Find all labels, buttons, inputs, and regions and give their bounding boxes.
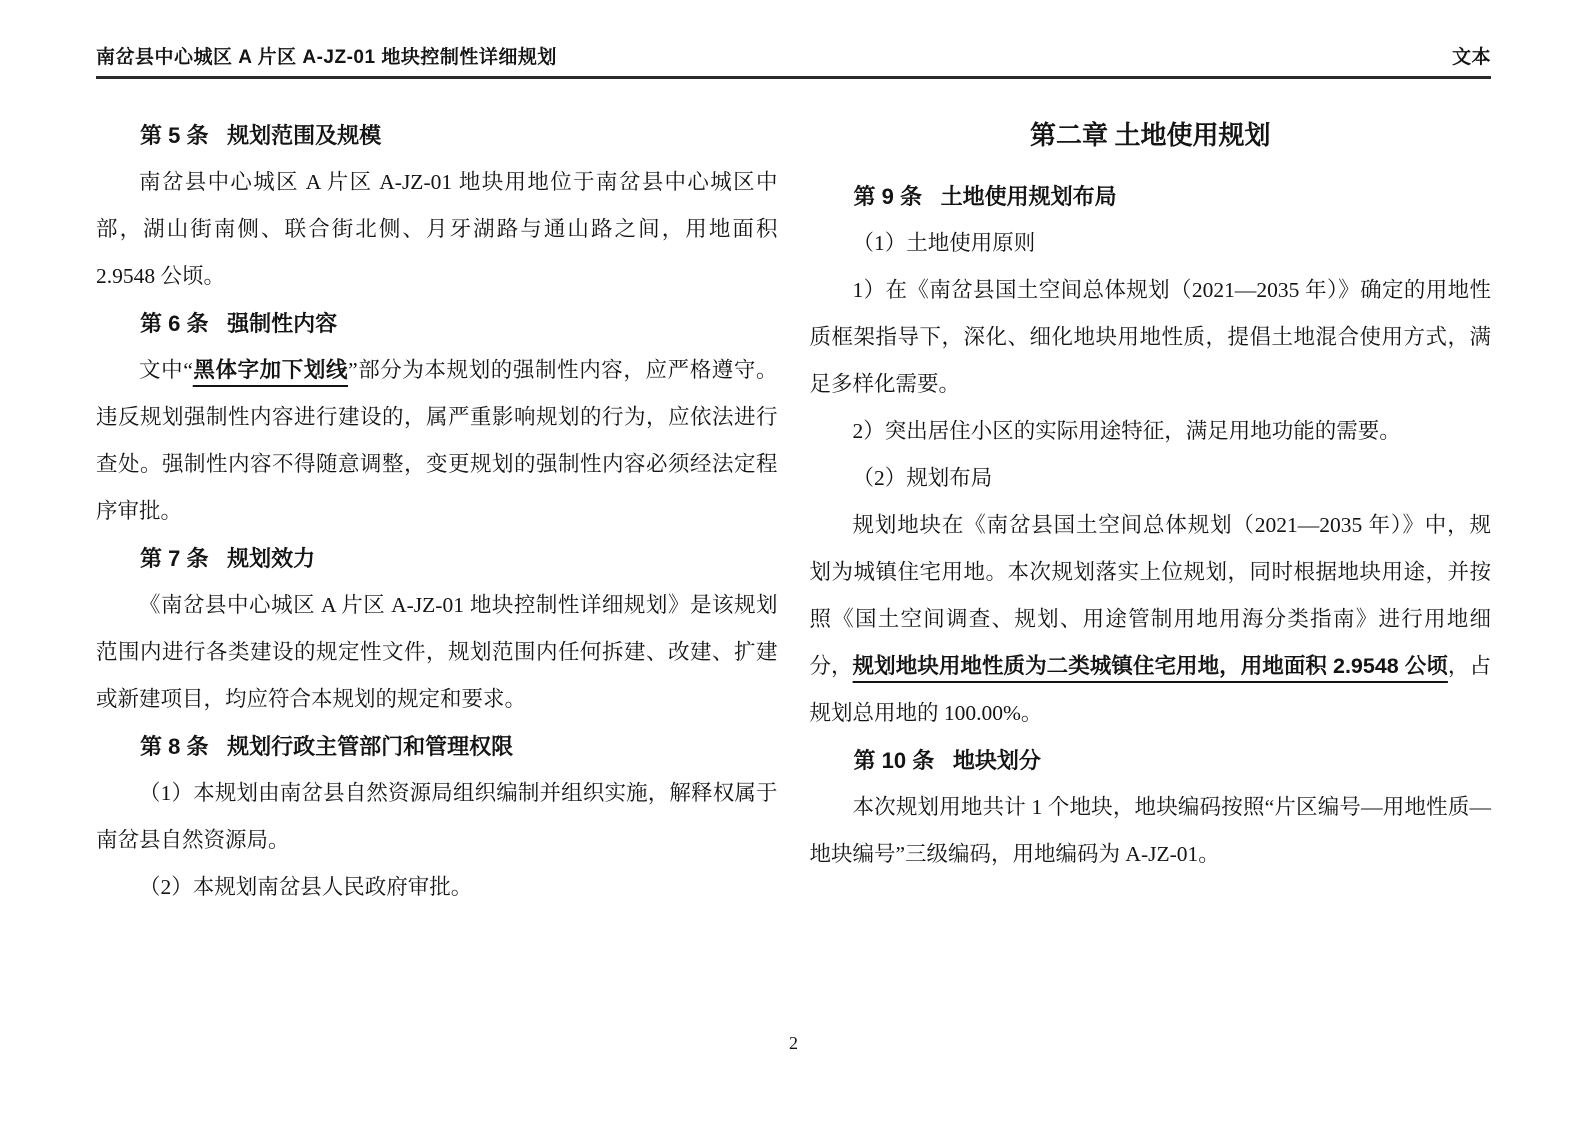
article-7-title: 规划效力 (227, 546, 315, 571)
header-title: 南岔县中心城区 A 片区 A-JZ-01 地块控制性详细规划 (96, 42, 557, 69)
article-10-paragraph: 本次规划用地共计 1 个地块，地块编码按照“片区编号—用地性质—地块编号”三级编… (810, 784, 1492, 878)
article-8-item-2: （2）本规划南岔县人民政府审批。 (96, 864, 778, 911)
content-columns: 第 5 条规划范围及规模 南岔县中心城区 A 片区 A-JZ-01 地块用地位于… (96, 112, 1491, 911)
article-5-heading: 第 5 条规划范围及规模 (96, 112, 778, 159)
article-9-layout-paragraph: 规划地块在《南岔县国土空间总体规划（2021—2035 年）》中，规划为城镇住宅… (810, 502, 1492, 737)
article-8-number: 第 8 条 (140, 734, 208, 759)
header-doc-type: 文本 (1452, 42, 1491, 69)
chapter-2-heading: 第二章 土地使用规划 (810, 112, 1492, 159)
page-number: 2 (789, 1033, 798, 1053)
left-column: 第 5 条规划范围及规模 南岔县中心城区 A 片区 A-JZ-01 地块用地位于… (96, 112, 778, 911)
article-7-paragraph: 《南岔县中心城区 A 片区 A-JZ-01 地块控制性详细规划》是该规划范围内进… (96, 582, 778, 723)
article-7-number: 第 7 条 (140, 546, 208, 571)
page-header: 南岔县中心城区 A 片区 A-JZ-01 地块控制性详细规划 文本 (96, 42, 1491, 79)
article-6-paragraph: 文中“黑体字加下划线”部分为本规划的强制性内容，应严格遵守。违反规划强制性内容进… (96, 347, 778, 535)
article-9-principle-2: 2）突出居住小区的实际用途特征，满足用地功能的需要。 (810, 408, 1492, 455)
article-9-heading: 第 9 条土地使用规划布局 (810, 173, 1492, 220)
right-column: 第二章 土地使用规划 第 9 条土地使用规划布局 （1）土地使用原则 1）在《南… (810, 112, 1492, 911)
article-9-principle-1: 1）在《南岔县国土空间总体规划（2021—2035 年）》确定的用地性质框架指导… (810, 267, 1492, 408)
article-10-number: 第 10 条 (854, 748, 935, 773)
article-6-title: 强制性内容 (227, 311, 337, 336)
page-footer: 2 (0, 1033, 1587, 1054)
article-8-title: 规划行政主管部门和管理权限 (227, 734, 513, 759)
article-6-number: 第 6 条 (140, 311, 208, 336)
article-10-title: 地块划分 (953, 748, 1041, 773)
article-9-number: 第 9 条 (854, 184, 922, 209)
article-5-title: 规划范围及规模 (227, 123, 381, 148)
article-9-layout-label: （2）规划布局 (810, 455, 1492, 502)
article-5-paragraph: 南岔县中心城区 A 片区 A-JZ-01 地块用地位于南岔县中心城区中部，湖山街… (96, 159, 778, 300)
article-9-principle-label: （1）土地使用原则 (810, 220, 1492, 267)
article-8-heading: 第 8 条规划行政主管部门和管理权限 (96, 723, 778, 770)
article-10-heading: 第 10 条地块划分 (810, 737, 1492, 784)
article-6-heading: 第 6 条强制性内容 (96, 300, 778, 347)
article-5-number: 第 5 条 (140, 123, 208, 148)
article-7-heading: 第 7 条规划效力 (96, 535, 778, 582)
article-9-title: 土地使用规划布局 (941, 184, 1117, 209)
article-8-item-1: （1）本规划由南岔县自然资源局组织编制并组织实施，解释权属于南岔县自然资源局。 (96, 770, 778, 864)
document-page: 南岔县中心城区 A 片区 A-JZ-01 地块控制性详细规划 文本 第 5 条规… (0, 0, 1587, 1122)
